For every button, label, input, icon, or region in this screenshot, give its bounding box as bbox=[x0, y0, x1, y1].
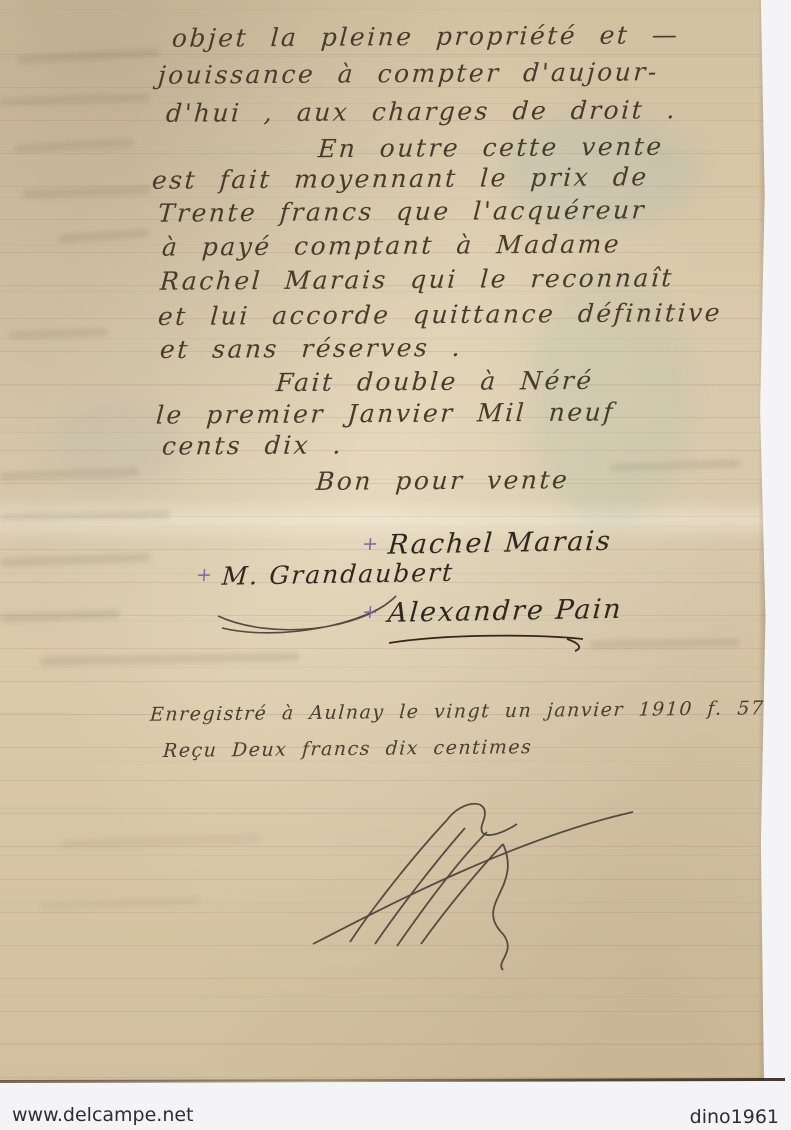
manuscript-line: d'hui , aux charges de droit . bbox=[165, 95, 678, 128]
manuscript-line: Rachel Marais qui le reconnaît bbox=[159, 263, 675, 296]
manuscript-line: et lui accorde quittance définitive bbox=[157, 298, 723, 331]
manuscript-line: cents dix . bbox=[161, 430, 344, 460]
cross-mark-icon: + bbox=[361, 533, 378, 555]
watermark-site-url: www.delcampe.net bbox=[12, 1104, 194, 1126]
signature-name: M. Grandaubert bbox=[221, 558, 455, 591]
manuscript-line: objet la pleine propriété et — bbox=[171, 20, 680, 53]
signature-underline-flourish bbox=[385, 630, 590, 654]
paper-right-edge-shadow bbox=[758, 0, 767, 1081]
manuscript-line: Fait double à Néré bbox=[275, 366, 595, 397]
cross-mark-icon: + bbox=[361, 601, 378, 623]
paper-bottom-edge bbox=[0, 1078, 785, 1083]
signature-alexandre-pain: +Alexandre Pain bbox=[361, 594, 624, 630]
signature-name: Rachel Marais bbox=[387, 526, 613, 561]
signature-rachel-marais: +Rachel Marais bbox=[361, 526, 613, 561]
manuscript-line: En outre cette vente bbox=[317, 132, 665, 163]
manuscript-page: objet la pleine propriété et — jouissanc… bbox=[0, 0, 767, 1081]
registrar-signature-flourish bbox=[295, 792, 645, 972]
cross-mark-icon: + bbox=[195, 564, 212, 586]
manuscript-line: Trente francs que l'acquéreur bbox=[157, 195, 647, 227]
manuscript-line: jouissance à compter d'aujour- bbox=[157, 57, 660, 90]
manuscript-line: est fait moyennant le prix de bbox=[151, 162, 650, 194]
manuscript-line: le premier Janvier Mil neuf bbox=[155, 397, 616, 429]
manuscript-line: et sans réserves . bbox=[159, 333, 463, 364]
signature-name: Alexandre Pain bbox=[387, 594, 624, 629]
watermark-seller-id: dino1961 bbox=[690, 1106, 779, 1128]
manuscript-line: Bon pour vente bbox=[315, 465, 570, 496]
signature-m-grandaubert: +M. Grandaubert bbox=[195, 558, 455, 592]
registration-note-line2: Reçu Deux francs dix centimes bbox=[162, 736, 533, 762]
manuscript-line: à payé comptant à Madame bbox=[161, 229, 622, 261]
